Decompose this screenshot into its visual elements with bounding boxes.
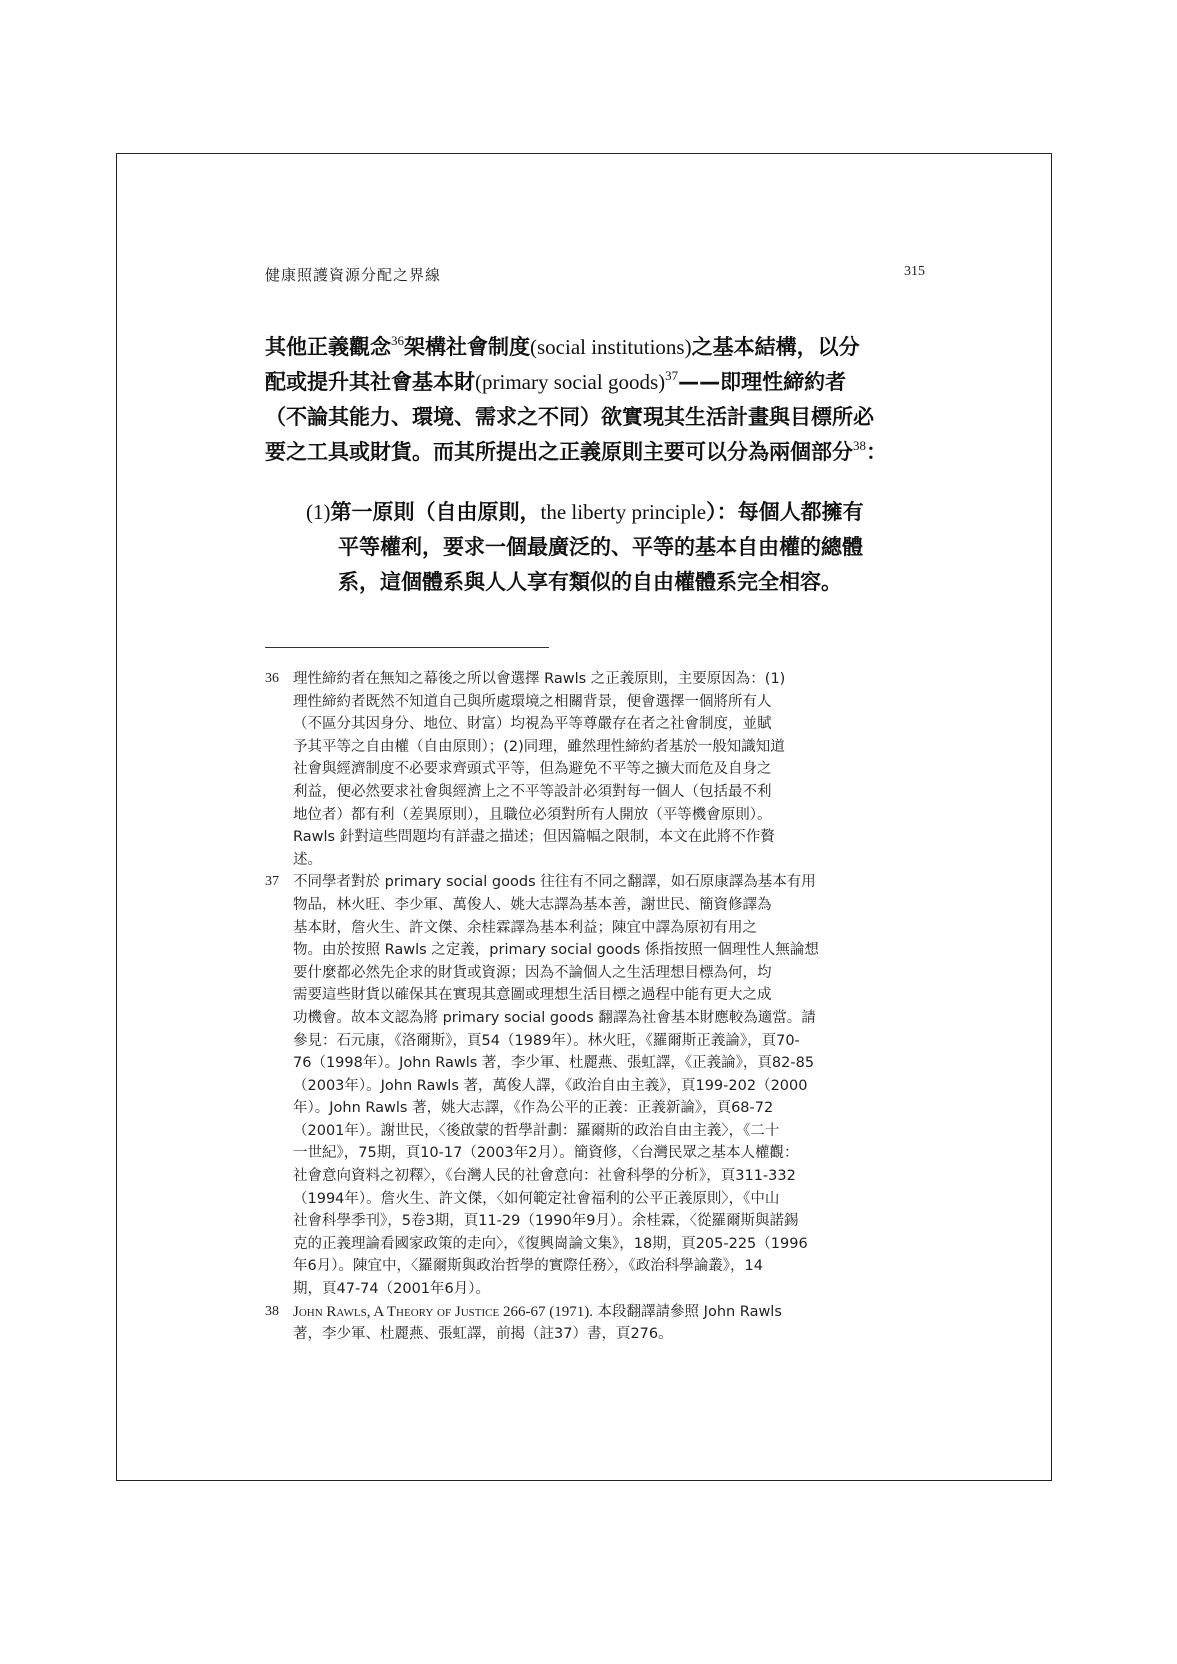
footnote-line: 年6月）。陳宜中，〈羅爾斯與政治哲學的實際任務〉，《政治科學論叢》，14 bbox=[293, 1255, 925, 1278]
footnote-line: 社會科學季刊》，5卷3期，頁11-29（1990年9月）。余桂霖，〈從羅爾斯與諾… bbox=[293, 1210, 925, 1233]
footnote-line: （2003年）。John Rawls 著，萬俊人譯，《政治自由主義》，頁199-… bbox=[293, 1075, 925, 1098]
footnote-line: 參見：石元康，《洛爾斯》，頁54（1989年）。林火旺，《羅爾斯正義論》，頁70… bbox=[293, 1030, 925, 1053]
footnote-ref-37[interactable]: 37 bbox=[665, 368, 678, 383]
text-run: 第一原則（自由原則， bbox=[331, 500, 541, 524]
paragraph-line: （不論其能力、環境、需求之不同）欲實現其生活計畫與目標所必 bbox=[265, 400, 925, 435]
footnote-line: 不同學者對於 primary social goods 往往有不同之翻譯，如石原… bbox=[293, 871, 925, 894]
footnote-36: 36 理性締約者在無知之幕後之所以會選擇 Rawls 之正義原則，主要原因為：(… bbox=[265, 668, 925, 871]
principle-line: (1)第一原則（自由原則，the liberty principle）：每個人都… bbox=[306, 495, 926, 530]
footnote-separator bbox=[265, 647, 549, 648]
footnote-line: John Rawls, A Theory of Justice 266-67 (… bbox=[293, 1301, 925, 1324]
first-principle-item: (1)第一原則（自由原則，the liberty principle）：每個人都… bbox=[306, 495, 926, 600]
text-run: ： bbox=[866, 440, 887, 464]
text-run: 架構社會制度 bbox=[404, 335, 530, 359]
footnote-line: 著，李少軍、杜麗燕、張虹譯，前揭（註37）書，頁276。 bbox=[293, 1323, 925, 1346]
text-run: （不論其能力、環境、需求之不同）欲實現其生活計畫與目標所必 bbox=[265, 405, 874, 429]
page-number: 315 bbox=[904, 264, 925, 280]
footnote-line: 予其平等之自由權（自由原則）；(2)同理，雖然理性締約者基於一般知識知道 bbox=[293, 736, 925, 759]
footnote-line: 需要這些財貨以確保其在實現其意圖或理想生活目標之過程中能有更大之成 bbox=[293, 984, 925, 1007]
english-term: (primary social goods) bbox=[475, 370, 665, 394]
footnote-number: 37 bbox=[265, 871, 279, 894]
footnotes-section: 36 理性締約者在無知之幕後之所以會選擇 Rawls 之正義原則，主要原因為：(… bbox=[265, 668, 925, 1346]
footnote-line: 一世紀》，75期，頁10-17（2003年2月）。簡資修，〈台灣民眾之基本人權觀… bbox=[293, 1142, 925, 1165]
footnote-ref-38[interactable]: 38 bbox=[853, 438, 866, 453]
footnote-line: 物品，林火旺、李少軍、萬俊人、姚大志譯為基本善，謝世民、簡資修譯為 bbox=[293, 894, 925, 917]
paragraph-line: 要之工具或財貨。而其所提出之正義原則主要可以分為兩個部分38： bbox=[265, 435, 925, 470]
footnote-line: 功機會。故本文認為將 primary social goods 翻譯為社會基本財… bbox=[293, 1007, 925, 1030]
principle-line: 系，這個體系與人人享有類似的自由權體系完全相容。 bbox=[306, 565, 926, 600]
english-term: the liberty principle bbox=[541, 500, 707, 524]
footnote-line: 理性締約者在無知之幕後之所以會選擇 Rawls 之正義原則，主要原因為：(1) bbox=[293, 668, 925, 691]
footnote-line: 基本財，詹火生、許文傑、余桂霖譯為基本利益；陳宜中譯為原初有用之 bbox=[293, 917, 925, 940]
footnote-number: 38 bbox=[265, 1301, 279, 1324]
footnote-line: 期，頁47-74（2001年6月）。 bbox=[293, 1278, 925, 1301]
text-run: ）：每個人都擁有 bbox=[706, 500, 864, 524]
footnote-ref-36[interactable]: 36 bbox=[391, 333, 404, 348]
footnote-line: 要什麼都必然先企求的財貨或資源；因為不論個人之生活理想目標為何，均 bbox=[293, 962, 925, 985]
text-run: 之基本結構，以分 bbox=[692, 335, 860, 359]
paragraph-line: 配或提升其社會基本財(primary social goods)37——即理性締… bbox=[265, 365, 925, 400]
footnote-line: 述。 bbox=[293, 849, 925, 872]
footnote-line: 理性締約者既然不知道自己與所處環境之相關背景，便會選擇一個將所有人 bbox=[293, 691, 925, 714]
text-run: 本段翻譯請參照 John Rawls bbox=[593, 1304, 782, 1320]
footnote-line: （不區分其因身分、地位、財富）均視為平等尊嚴存在者之社會制度，並賦 bbox=[293, 713, 925, 736]
footnote-line: 克的正義理論看國家政策的走向〉，《復興崗論文集》，18期，頁205-225（19… bbox=[293, 1233, 925, 1256]
footnote-number: 36 bbox=[265, 668, 279, 691]
footnote-38: 38 John Rawls, A Theory of Justice 266-6… bbox=[265, 1301, 925, 1346]
footnote-line: 年）。John Rawls 著，姚大志譯，《作為公平的正義：正義新論》，頁68-… bbox=[293, 1097, 925, 1120]
main-paragraph: 其他正義觀念36架構社會制度(social institutions)之基本結構… bbox=[265, 330, 925, 470]
paragraph-line: 其他正義觀念36架構社會制度(social institutions)之基本結構… bbox=[265, 330, 925, 365]
footnote-line: （2001年）。謝世民，〈後啟蒙的哲學計劃：羅爾斯的政治自由主義〉，《二十 bbox=[293, 1120, 925, 1143]
footnote-line: 地位者）都有利（差異原則），且職位必須對所有人開放（平等機會原則）。 bbox=[293, 804, 925, 827]
text-run: 要之工具或財貨。而其所提出之正義原則主要可以分為兩個部分 bbox=[265, 440, 853, 464]
footnote-line: 物。由於按照 Rawls 之定義，primary social goods 係指… bbox=[293, 939, 925, 962]
list-number: (1) bbox=[306, 500, 331, 524]
footnote-line: 社會與經濟制度不必要求齊頭式平等，但為避免不平等之擴大而危及自身之 bbox=[293, 758, 925, 781]
footnote-line: 社會意向資料之初釋〉，《台灣人民的社會意向：社會科學的分析》，頁311-332 bbox=[293, 1165, 925, 1188]
footnote-line: Rawls 針對這些問題均有詳盡之描述；但因篇幅之限制，本文在此將不作贅 bbox=[293, 826, 925, 849]
book-citation: John Rawls, A Theory of Justice 266-67 (… bbox=[293, 1304, 593, 1320]
text-run: ——即理性締約者 bbox=[678, 370, 846, 394]
running-header: 健康照護資源分配之界線 315 bbox=[265, 264, 925, 286]
running-title: 健康照護資源分配之界線 bbox=[265, 264, 441, 285]
text-run: 其他正義觀念 bbox=[265, 335, 391, 359]
footnote-line: 76（1998年）。John Rawls 著，李少軍、杜麗燕、張虹譯，《正義論》… bbox=[293, 1052, 925, 1075]
principle-line: 平等權利，要求一個最廣泛的、平等的基本自由權的總體 bbox=[306, 530, 926, 565]
footnote-line: （1994年）。詹火生、許文傑，〈如何範定社會福利的公平正義原則〉，《中山 bbox=[293, 1188, 925, 1211]
footnote-37: 37 不同學者對於 primary social goods 往往有不同之翻譯，… bbox=[265, 871, 925, 1300]
text-run: 配或提升其社會基本財 bbox=[265, 370, 475, 394]
footnote-line: 利益，便必然要求社會與經濟上之不平等設計必須對每一個人（包括最不利 bbox=[293, 781, 925, 804]
english-term: (social institutions) bbox=[530, 335, 692, 359]
